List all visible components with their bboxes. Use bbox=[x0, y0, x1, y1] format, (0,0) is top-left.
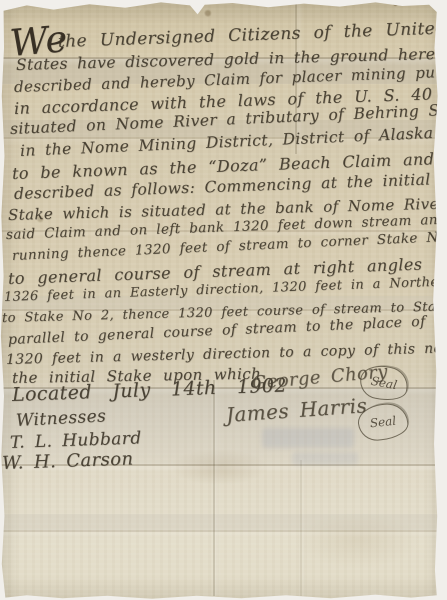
document-paper: We the Undersigned Citizens of the Unite… bbox=[0, 0, 447, 600]
fold-crease-horizontal bbox=[0, 530, 447, 532]
seal-label: Seal bbox=[369, 414, 397, 431]
witness-signature-carson: W. H. Carson bbox=[2, 448, 134, 474]
witnesses-heading: Witnesses bbox=[15, 406, 106, 431]
faded-blue-stamp bbox=[262, 428, 354, 448]
scanned-photo-frame: We the Undersigned Citizens of the Unite… bbox=[0, 0, 447, 600]
fold-crease-vertical bbox=[300, 460, 302, 596]
faded-blue-stamp bbox=[292, 452, 358, 465]
tonal-band bbox=[0, 514, 447, 530]
signature-james-harris: James Harris bbox=[225, 393, 368, 427]
fold-crease-vertical bbox=[213, 380, 215, 596]
seal-label: Seal bbox=[370, 374, 398, 392]
